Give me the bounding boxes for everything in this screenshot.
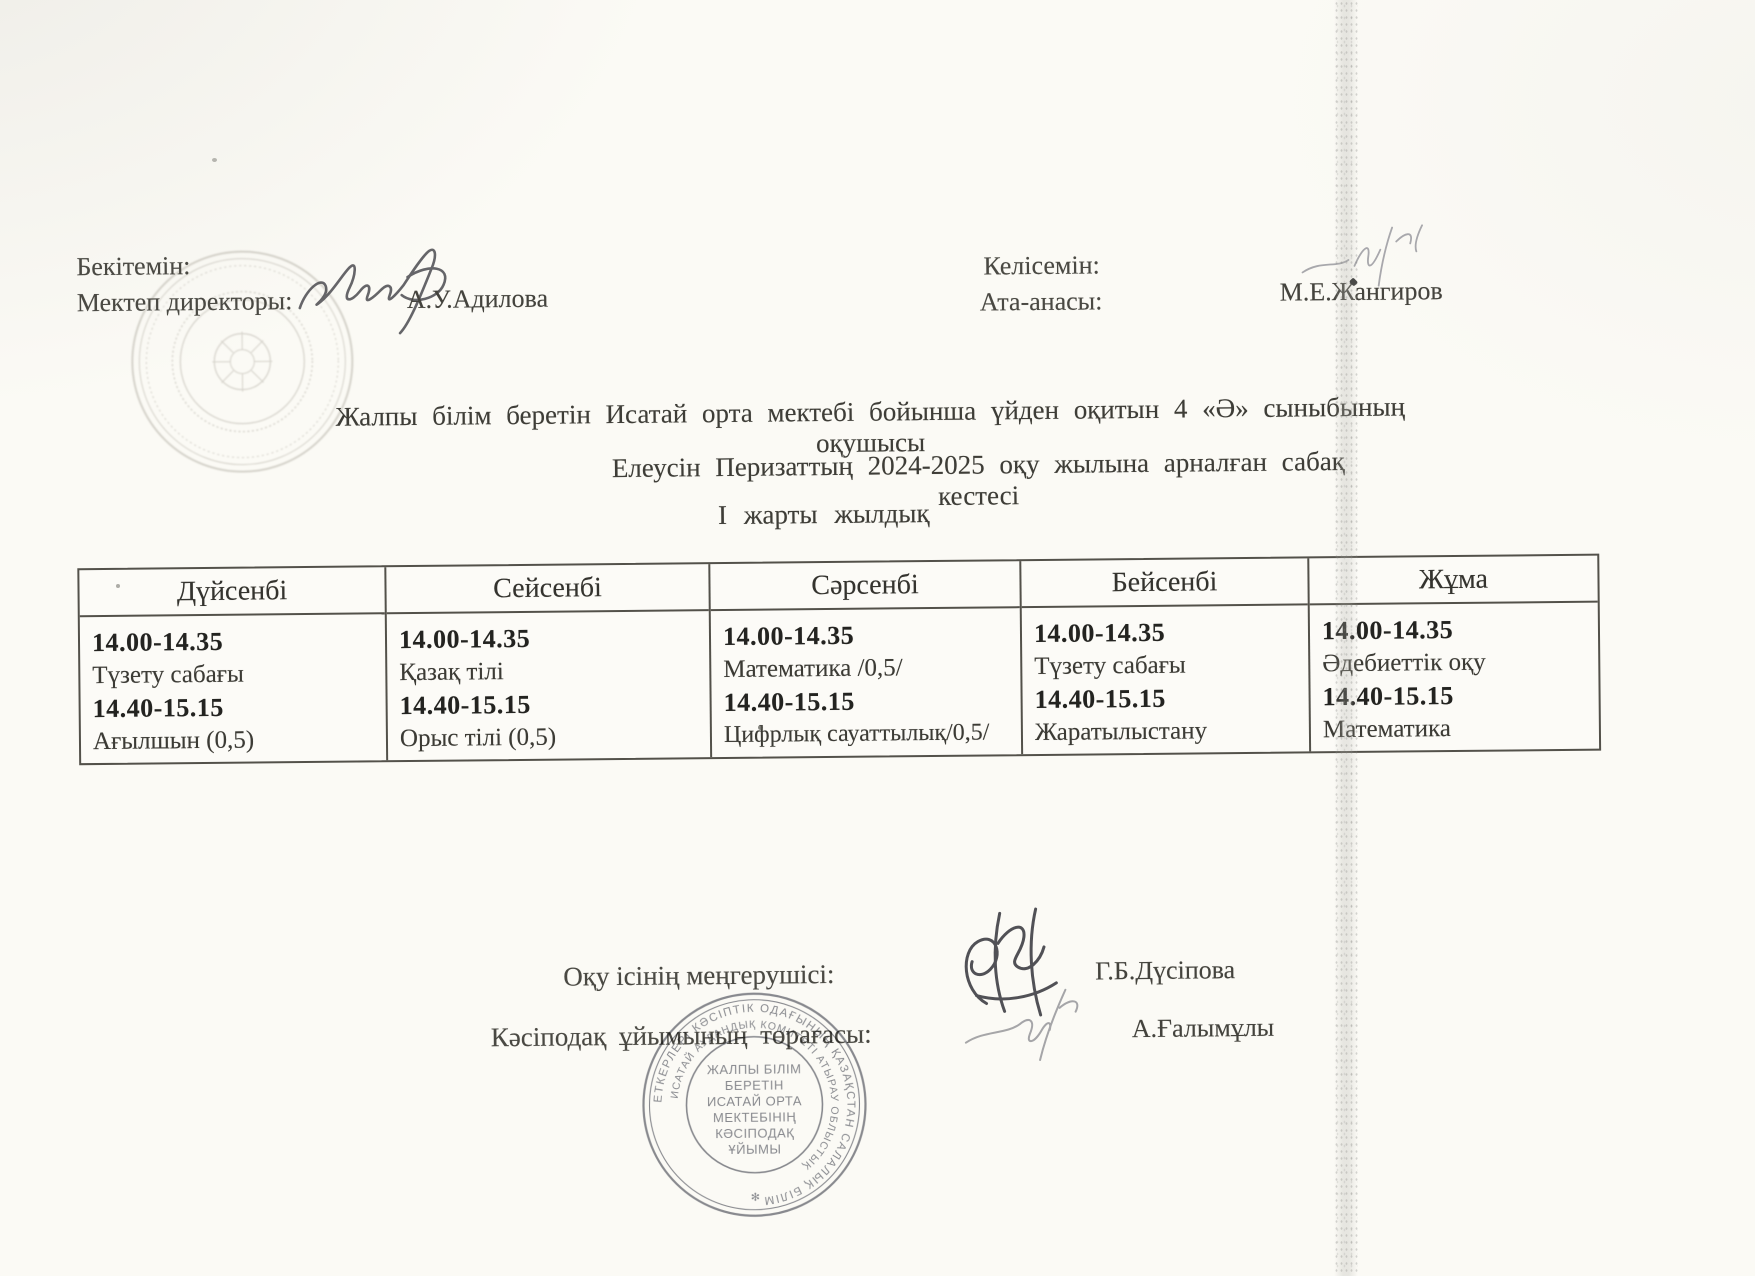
day-header: Сәрсенбі <box>710 561 1019 611</box>
day-cell: 14.00-14.35 Түзету сабағы 14.40-15.15 Ағ… <box>80 614 386 763</box>
svg-text:ЖАЛПЫ БІЛІМ: ЖАЛПЫ БІЛІМ <box>707 1061 802 1077</box>
union-stamp: ЖӘНЕ ҒЫЛЫМ ҚЫЗМЕТКЕРЛЕРІ КӘСІПТІК ОДАҒЫН… <box>633 984 875 1226</box>
scan-speck <box>212 158 217 162</box>
approve-name: А.У.Адилова <box>407 284 549 315</box>
approve-label: Бекітемін: <box>76 251 190 282</box>
day-cell: 14.00-14.35 Түзету сабағы 14.40-15.15 Жа… <box>1022 605 1309 754</box>
svg-text:ИСАТАЙ ОРТА: ИСАТАЙ ОРТА <box>707 1093 802 1109</box>
day-cell: 14.00-14.35 Математика /0,5/ 14.40-15.15… <box>711 608 1021 757</box>
agree-name: М.Е.Жангиров <box>1280 276 1443 308</box>
schedule-column-tuesday: Сейсенбі 14.00-14.35 Қазақ тілі 14.40-15… <box>384 564 710 760</box>
head-teacher-name: Г.Б.Дүсіпова <box>1095 955 1235 986</box>
lesson-time: 14.40-15.15 <box>723 683 1008 719</box>
day-header: Жұма <box>1309 556 1597 606</box>
scan-speck <box>758 725 763 730</box>
lesson-time: 14.00-14.35 <box>92 623 373 659</box>
title-line-3: I жарты жылдық <box>689 498 959 532</box>
schedule-column-thursday: Бейсенбі 14.00-14.35 Түзету сабағы 14.40… <box>1019 558 1309 754</box>
lesson-time: 14.00-14.35 <box>1322 612 1586 648</box>
document-content: Бекітемін: Мектеп директоры: А.У.Адилова… <box>0 0 1755 1276</box>
svg-text:ҰЙЫМЫ: ҰЙЫМЫ <box>728 1141 781 1157</box>
lesson-subject: Қазақ тілі <box>399 653 697 689</box>
day-header: Дүйсенбі <box>79 567 384 617</box>
agree-role: Ата-анасы: <box>980 286 1103 317</box>
lesson-subject: Математика <box>1323 711 1587 747</box>
lesson-subject: Жаратылыстану <box>1035 714 1297 750</box>
day-cell: 14.00-14.35 Қазақ тілі 14.40-15.15 Орыс … <box>387 611 710 760</box>
day-header: Сейсенбі <box>386 564 708 614</box>
lesson-subject: Цифрлық сауаттылық/0,5/ <box>724 716 1009 752</box>
lesson-time: 14.00-14.35 <box>1034 615 1296 651</box>
svg-text:МЕКТЕБІНІҢ: МЕКТЕБІНІҢ <box>713 1109 796 1125</box>
lesson-subject: Түзету сабағы <box>92 656 373 692</box>
day-header: Бейсенбі <box>1021 558 1307 608</box>
lesson-subject: Ағылшын (0,5) <box>93 722 374 758</box>
approve-role: Мектеп директоры: <box>77 286 293 318</box>
schedule-column-wednesday: Сәрсенбі 14.00-14.35 Математика /0,5/ 14… <box>708 561 1021 757</box>
lesson-subject: Түзету сабағы <box>1034 648 1296 684</box>
lesson-subject: Математика /0,5/ <box>723 650 1008 686</box>
svg-text:БЕРЕТІН: БЕРЕТІН <box>725 1077 784 1093</box>
lesson-time: 14.40-15.15 <box>1034 681 1296 717</box>
lesson-time: 14.40-15.15 <box>92 689 373 725</box>
agree-label: Келісемін: <box>983 250 1100 281</box>
scanned-document-page: Бекітемін: Мектеп директоры: А.У.Адилова… <box>0 0 1755 1276</box>
union-chair-signature <box>953 985 1124 1072</box>
union-chair-name: А.Ғалымұлы <box>1132 1013 1275 1044</box>
schedule-column-friday: Жұма 14.00-14.35 Әдебиеттік оқу 14.40-15… <box>1307 556 1599 752</box>
scan-speck <box>116 584 120 588</box>
lesson-subject: Әдебиеттік оқу <box>1322 645 1586 681</box>
stamp-star: ✻ <box>751 1192 760 1204</box>
lesson-time: 14.00-14.35 <box>723 617 1008 653</box>
lesson-time: 14.40-15.15 <box>399 686 697 722</box>
stamp-center-text: ЖАЛПЫ БІЛІМ БЕРЕТІН ИСАТАЙ ОРТА МЕКТЕБІН… <box>707 1061 803 1157</box>
lesson-time: 14.40-15.15 <box>1322 678 1586 714</box>
schedule-table: Дүйсенбі 14.00-14.35 Түзету сабағы 14.40… <box>77 554 1601 766</box>
svg-text:КӘСІПОДАҚ: КӘСІПОДАҚ <box>715 1125 794 1141</box>
schedule-column-monday: Дүйсенбі 14.00-14.35 Түзету сабағы 14.40… <box>79 567 386 763</box>
lesson-subject: Орыс тілі (0,5) <box>400 719 698 755</box>
lesson-time: 14.00-14.35 <box>399 620 697 656</box>
day-cell: 14.00-14.35 Әдебиеттік оқу 14.40-15.15 М… <box>1310 603 1599 752</box>
